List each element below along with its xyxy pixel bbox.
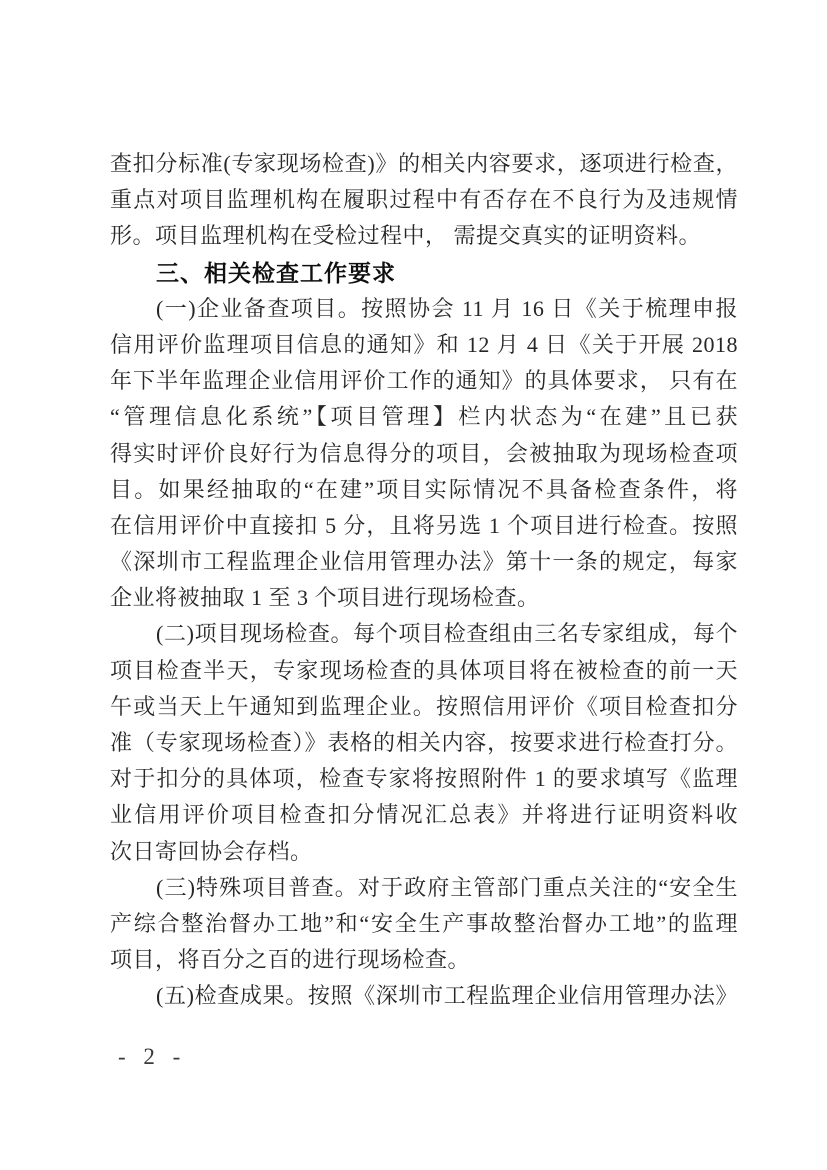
text-line: 午或当天上午通知到监理企业。按照信用评价《项目检查扣分标 [110, 689, 738, 725]
text-line: 信用评价监理项目信息的通知》和 12 月 4 日《关于开展 2018 [110, 327, 738, 363]
text-line: “管理信息化系统”【项目管理】栏内状态为“在建”且已获 [110, 399, 738, 435]
text-line: 查扣分标准(专家现场检查)》的相关内容要求，逐项进行检查， [110, 146, 738, 182]
text-line: 《深圳市工程监理企业信用管理办法》第十一条的规定，每家 [110, 544, 738, 580]
text-line: 次日寄回协会存档。 [110, 834, 738, 870]
section-heading: 三、相关检查工作要求 [110, 255, 738, 291]
document-text-body: 查扣分标准(专家现场检查)》的相关内容要求，逐项进行检查，重点对项目监理机构在履… [110, 146, 738, 1015]
text-line: 项目检查半天，专家现场检查的具体项目将在被检查的前一天下 [110, 653, 738, 689]
text-line: 企业将被抽取 1 至 3 个项目进行现场检查。 [110, 580, 738, 616]
text-line: 年下半年监理企业信用评价工作的通知》的具体要求， 只有在 [110, 363, 738, 399]
document-page: 查扣分标准(专家现场检查)》的相关内容要求，逐项进行检查，重点对项目监理机构在履… [0, 0, 827, 1170]
text-line: 得实时评价良好行为信息得分的项目，会被抽取为现场检查项 [110, 436, 738, 472]
text-line: 产综合整治督办工地”和“安全生产事故整治督办工地”的监理 [110, 906, 738, 942]
text-line: 准（专家现场检查）》表格的相关内容，按要求进行检查打分。 [110, 725, 738, 761]
text-line: (一)企业备查项目。按照协会 11 月 16 日《关于梳理申报 [110, 291, 738, 327]
text-line: 目。如果经抽取的“在建”项目实际情况不具备检查条件，将 [110, 472, 738, 508]
text-line: (五)检查成果。按照《深圳市工程监理企业信用管理办法》 [110, 978, 738, 1014]
text-line: 项目，将百分之百的进行现场检查。 [110, 942, 738, 978]
text-line: 重点对项目监理机构在履职过程中有否存在不良行为及违规情 [110, 182, 738, 218]
text-line: 在信用评价中直接扣 5 分，且将另选 1 个项目进行检查。按照 [110, 508, 738, 544]
text-line: 业信用评价项目检查扣分情况汇总表》并将进行证明资料收集， [110, 797, 738, 833]
text-line: 对于扣分的具体项，检查专家将按照附件 1 的要求填写《监理企 [110, 761, 738, 797]
text-line: (三)特殊项目普查。对于政府主管部门重点关注的“安全生 [110, 870, 738, 906]
page-number: - 2 - [118, 1044, 186, 1070]
text-line: (二)项目现场检查。每个项目检查组由三名专家组成，每个 [110, 616, 738, 652]
text-line: 形。项目监理机构在受检过程中， 需提交真实的证明资料。 [110, 218, 738, 254]
